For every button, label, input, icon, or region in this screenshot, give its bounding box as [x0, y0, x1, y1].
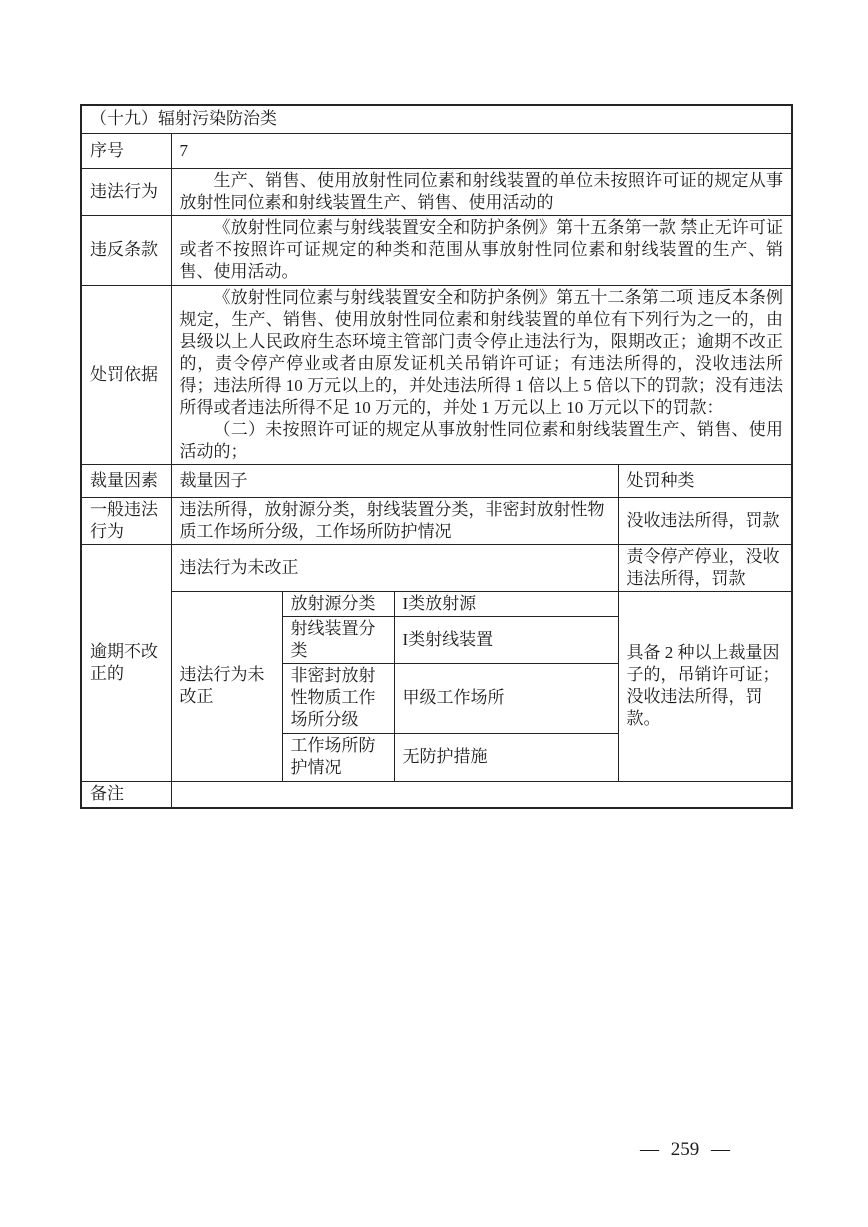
- table-row: 一般违法行为 违法所得，放射源分类，射线装置分类，非密封放射性物质工作场所分级，…: [81, 497, 792, 544]
- table-row: 备注: [81, 781, 792, 808]
- subfactor-ray-device-value: I类射线装置: [394, 616, 618, 663]
- table-row: 裁量因素 裁量因子 处罚种类: [81, 464, 792, 497]
- penalty-discretion-table-wrap: （十九）辐射污染防治类 序号 7 违法行为 生产、销售、使用放射性同位素和射线装…: [80, 104, 791, 809]
- remark-value: [171, 781, 792, 808]
- general-violation-penalty: 没收违法所得，罚款: [618, 497, 792, 544]
- subfactor-radioactive-source-label: 放射源分类: [282, 591, 394, 616]
- violation-text: 生产、销售、使用放射性同位素和射线装置的单位未按照许可证的规定从事放射性同位素和…: [180, 170, 784, 214]
- factor-header-col1: 裁量因素: [81, 464, 171, 497]
- factor-header-col3: 处罚种类: [618, 464, 792, 497]
- basis-text-cell: 《放射性同位素与射线装置安全和防护条例》第五十二条第二项 违反本条例规定，生产、…: [171, 285, 792, 464]
- overdue-uncorrected-sublabel: 违法行为未改正: [171, 591, 282, 781]
- serial-number-value: 7: [171, 133, 792, 168]
- basis-label: 处罚依据: [81, 285, 171, 464]
- table-row: 序号 7: [81, 133, 792, 168]
- penalty-discretion-table: （十九）辐射污染防治类 序号 7 违法行为 生产、销售、使用放射性同位素和射线装…: [80, 104, 793, 809]
- overdue-label: 逾期不改正的: [81, 544, 171, 781]
- category-header-cell: （十九）辐射污染防治类: [81, 105, 792, 133]
- serial-number-label: 序号: [81, 133, 171, 168]
- subfactor-ray-device-label: 射线装置分类: [282, 616, 394, 663]
- clause-text-cell: 《放射性同位素与射线装置安全和防护条例》第十五条第一款 禁止无许可证或者不按照许…: [171, 215, 792, 285]
- subfactor-radioactive-source-value: I类放射源: [394, 591, 618, 616]
- table-row: 违反条款 《放射性同位素与射线装置安全和防护条例》第十五条第一款 禁止无许可证或…: [81, 215, 792, 285]
- document-page: （十九）辐射污染防治类 序号 7 违法行为 生产、销售、使用放射性同位素和射线装…: [0, 0, 868, 1227]
- overdue-uncorrected-factor: 违法行为未改正: [171, 544, 618, 591]
- remark-label: 备注: [81, 781, 171, 808]
- basis-paragraph-1: 《放射性同位素与射线装置安全和防护条例》第五十二条第二项 违反本条例规定，生产、…: [180, 287, 784, 419]
- overdue-combined-penalty: 具备 2 种以上裁量因子的，吊销许可证；没收违法所得，罚款。: [618, 591, 792, 781]
- table-row: （十九）辐射污染防治类: [81, 105, 792, 133]
- violation-label: 违法行为: [81, 168, 171, 215]
- general-violation-label: 一般违法行为: [81, 497, 171, 544]
- overdue-uncorrected-penalty: 责令停产停业，没收违法所得，罚款: [618, 544, 792, 591]
- general-violation-factors: 违法所得，放射源分类，射线装置分类，非密封放射性物质工作场所分级，工作场所防护情…: [171, 497, 618, 544]
- factor-header-col2: 裁量因子: [171, 464, 618, 497]
- subfactor-protection-value: 无防护措施: [394, 733, 618, 781]
- clause-text: 《放射性同位素与射线装置安全和防护条例》第十五条第一款 禁止无许可证或者不按照许…: [180, 217, 784, 283]
- subfactor-unsealed-workplace-label: 非密封放射性物质工作场所分级: [282, 663, 394, 733]
- table-row: 违法行为 生产、销售、使用放射性同位素和射线装置的单位未按照许可证的规定从事放射…: [81, 168, 792, 215]
- violation-text-cell: 生产、销售、使用放射性同位素和射线装置的单位未按照许可证的规定从事放射性同位素和…: [171, 168, 792, 215]
- subfactor-unsealed-workplace-value: 甲级工作场所: [394, 663, 618, 733]
- table-row: 处罚依据 《放射性同位素与射线装置安全和防护条例》第五十二条第二项 违反本条例规…: [81, 285, 792, 464]
- table-row: 逾期不改正的 违法行为未改正 责令停产停业，没收违法所得，罚款: [81, 544, 792, 591]
- clause-label: 违反条款: [81, 215, 171, 285]
- page-number: — 259 —: [640, 1139, 730, 1161]
- subfactor-protection-label: 工作场所防护情况: [282, 733, 394, 781]
- table-row: 违法行为未改正 放射源分类 I类放射源 具备 2 种以上裁量因子的，吊销许可证；…: [81, 591, 792, 616]
- basis-paragraph-2: （二）未按照许可证的规定从事放射性同位素和射线装置生产、销售、使用活动的；: [180, 419, 784, 463]
